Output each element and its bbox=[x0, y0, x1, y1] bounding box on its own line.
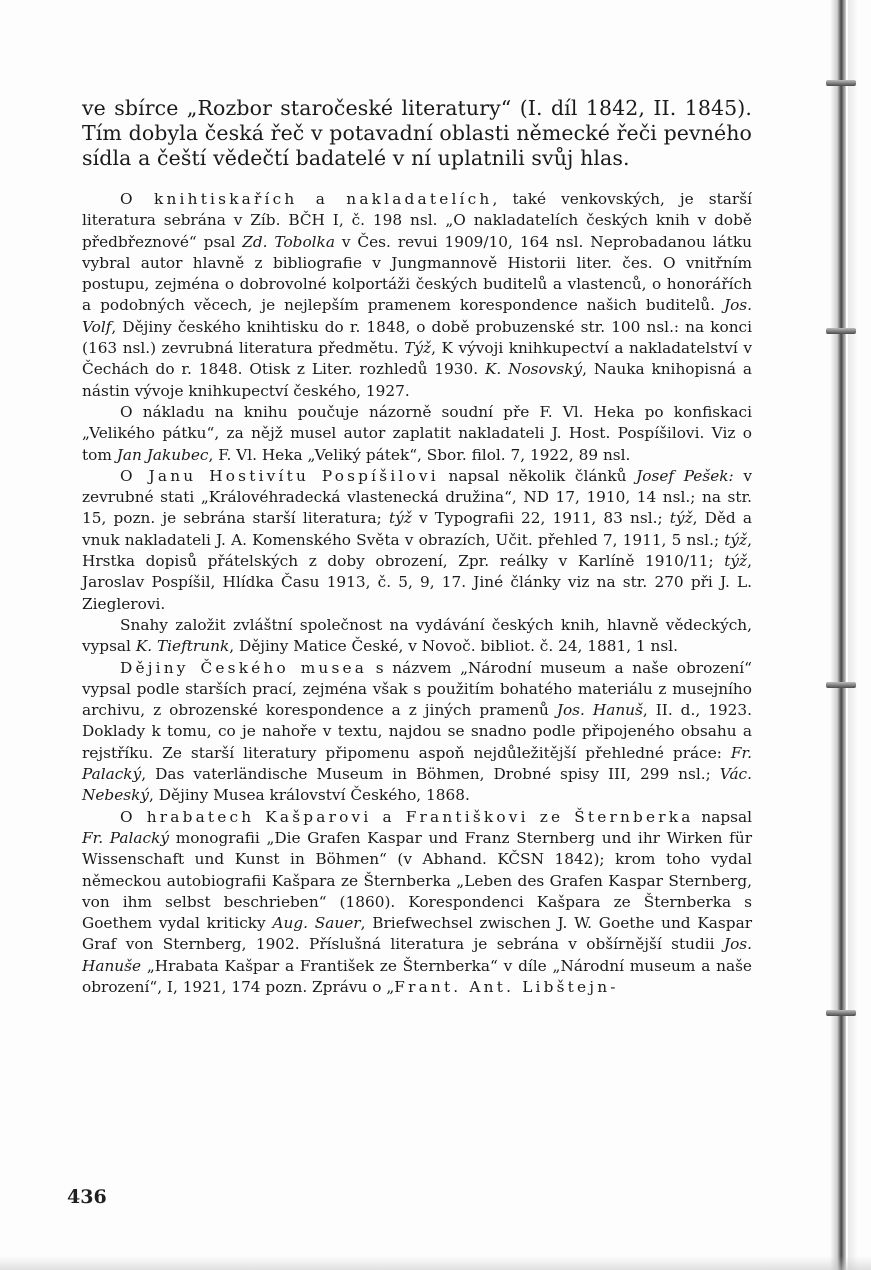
page-number: 436 bbox=[67, 1186, 107, 1208]
author-name: K. Nosovský bbox=[485, 360, 582, 378]
text-segment: napsal několik článků bbox=[439, 467, 636, 485]
author-name: týž bbox=[389, 509, 412, 527]
text-segment: , F. Vl. Heka „Veliký pátek“, Sbor. filo… bbox=[209, 446, 631, 464]
binding-staple bbox=[826, 328, 856, 334]
footnote-paragraphs: O knihtiskařích a nakladatelích, také ve… bbox=[82, 189, 752, 998]
topic-heading: O knihtiskařích a nakladatelích bbox=[120, 190, 492, 208]
binding-staple bbox=[826, 80, 856, 86]
author-name: Aug. Sauer bbox=[272, 914, 360, 932]
author-name: Fr. Palacký bbox=[82, 829, 169, 847]
author-name: týž bbox=[670, 509, 693, 527]
paragraph: Snahy založit zvláštní společnost na vyd… bbox=[82, 615, 752, 658]
paragraph: O Janu Hostivítu Pospíšilovi napsal něko… bbox=[82, 466, 752, 615]
topic-heading: Dějiny Českého musea bbox=[120, 659, 367, 677]
author-name: Týž bbox=[404, 339, 431, 357]
binding-staple bbox=[826, 1010, 856, 1016]
paragraph: Dějiny Českého musea s názvem „Národní m… bbox=[82, 658, 752, 807]
book-page: ve sbírce „Rozbor staročeské literatury“… bbox=[0, 0, 871, 1270]
topic-heading: Frant. Ant. Libštejn- bbox=[394, 978, 618, 996]
binding-staple bbox=[826, 682, 856, 688]
author-name: Zd. Tobolka bbox=[242, 233, 335, 251]
page-bottom-shadow bbox=[0, 1256, 871, 1270]
text-segment: napsal bbox=[694, 808, 752, 826]
text-segment: v Typografii 22, 1911, 83 nsl.; bbox=[412, 509, 670, 527]
intro-paragraph: ve sbírce „Rozbor staročeské literatury“… bbox=[82, 96, 752, 171]
text-segment: , Das vaterländische Museum in Böhmen, D… bbox=[141, 765, 720, 783]
topic-heading: O Janu Hostivítu Pospíšilovi bbox=[120, 467, 439, 485]
author-name: Josef Pešek: bbox=[636, 467, 734, 485]
paragraph: O hrabatech Kašparovi a Františkovi ze Š… bbox=[82, 807, 752, 999]
text-segment: , Dějiny Musea království Českého, 1868. bbox=[149, 786, 470, 804]
author-name: Jan Jakubec bbox=[117, 446, 209, 464]
paragraph: O nákladu na knihu poučuje názorně soudn… bbox=[82, 402, 752, 466]
text-block: ve sbírce „Rozbor staročeské literatury“… bbox=[82, 96, 752, 998]
paragraph: O knihtiskařích a nakladatelích, také ve… bbox=[82, 189, 752, 402]
spine-fold bbox=[830, 0, 846, 1270]
author-name: K. Tieftrunk bbox=[136, 637, 229, 655]
book-spine bbox=[812, 0, 871, 1270]
author-name: Jos. Hanuš bbox=[557, 701, 643, 719]
author-name: týž bbox=[724, 552, 747, 570]
author-name: týž bbox=[724, 531, 747, 549]
spine-edge bbox=[848, 0, 858, 1270]
text-segment: , Dějiny Matice České, v Novoč. bibliot.… bbox=[229, 637, 678, 655]
topic-heading: O hrabatech Kašparovi a Františkovi ze Š… bbox=[120, 808, 694, 826]
